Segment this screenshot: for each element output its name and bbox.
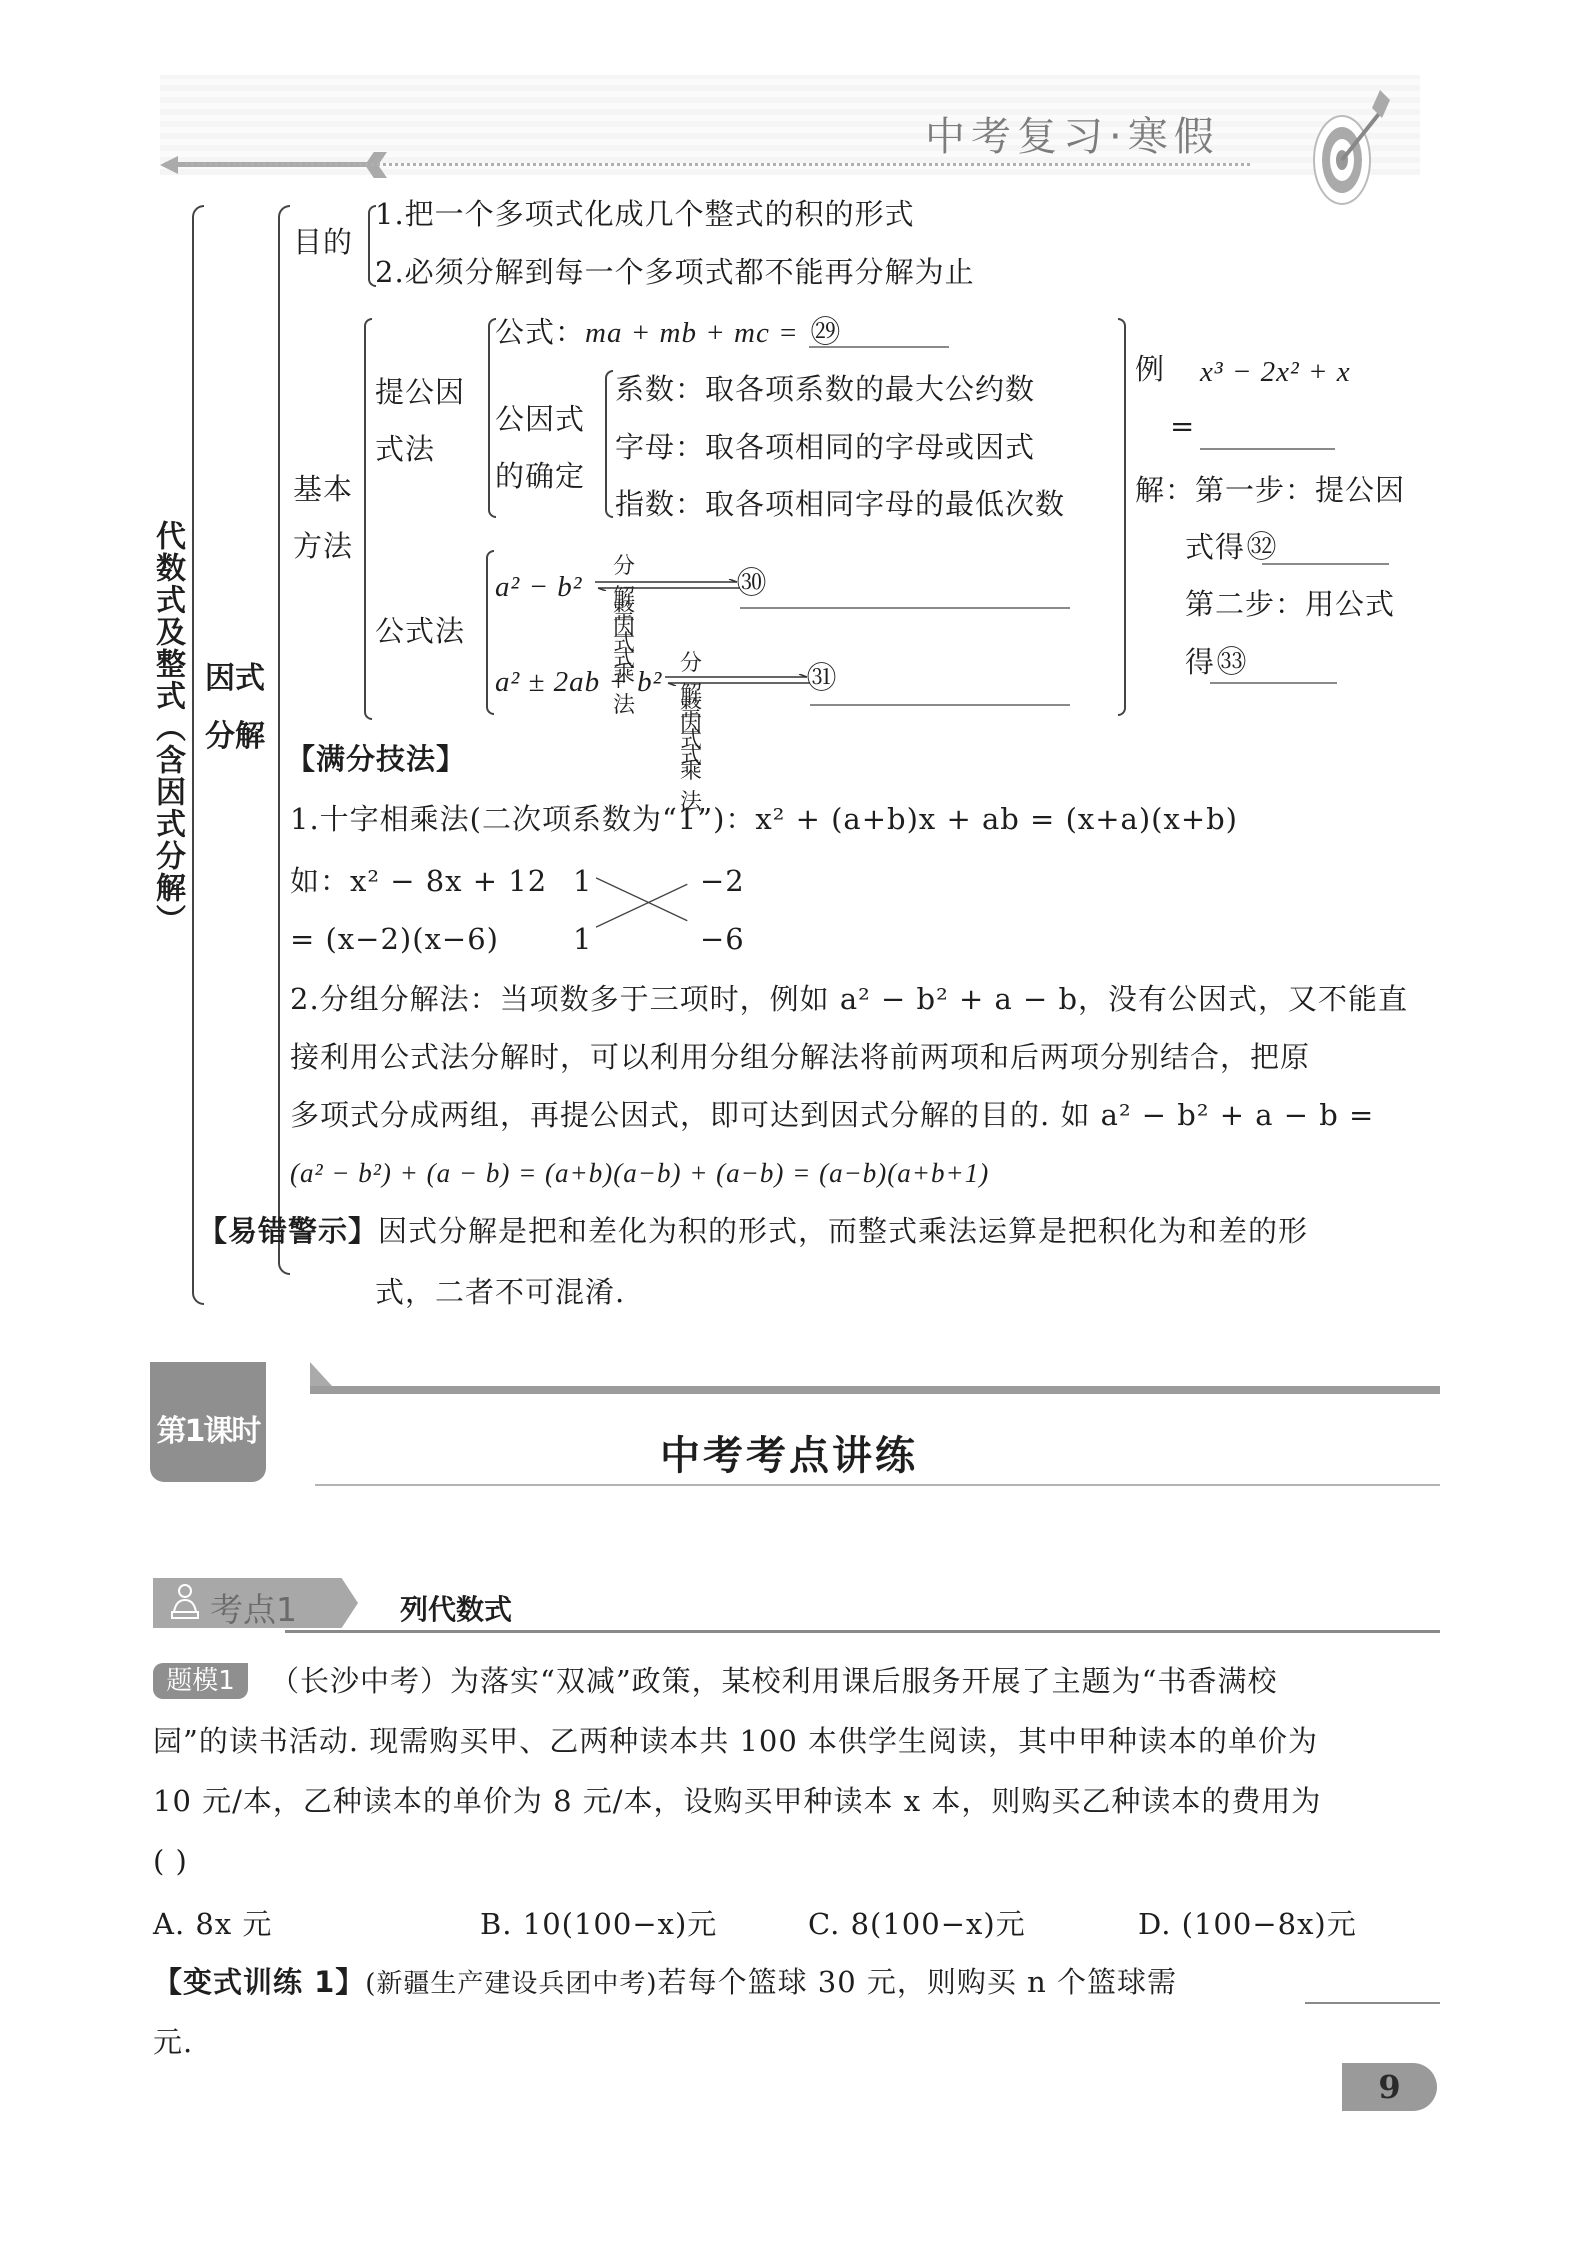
- formula-method-label: 公式法: [375, 617, 465, 646]
- variant-source: (新疆生产建设兵团中考): [365, 1969, 657, 1999]
- purpose-item-1: 1.把一个多项式化成几个整式的积的形式: [375, 200, 915, 229]
- cross-multiplication-lines: [596, 870, 701, 935]
- option-b[interactable]: B. 10(100−x)元: [480, 1910, 717, 1939]
- double-arrow-icon: [595, 579, 740, 591]
- purpose-label: 目的: [293, 228, 353, 257]
- step1-text-2: 式得: [1185, 530, 1245, 564]
- blank-number-33: ㉝: [1215, 648, 1247, 680]
- purpose-item-2: 2.必须分解到每一个多项式都不能再分解为止: [375, 258, 975, 287]
- question-line-1: （长沙中考）为落实“双减”政策，某校利用课后服务开展了主题为“书香满校: [270, 1667, 1277, 1696]
- warning-line-1: 【易错警示】因式分解是把和差化为积的形式，而整式乘法运算是把积化为和差的形: [198, 1217, 1308, 1246]
- answer-parentheses[interactable]: ( ): [153, 1847, 188, 1876]
- variant-line-1: 【变式训练 1】(新疆生产建设兵团中考)若每个篮球 30 元，则购买 n 个篮球…: [153, 1968, 1177, 1997]
- topic-label: 因式分解: [205, 650, 269, 766]
- header-title: 中考复习·寒假: [925, 105, 1220, 162]
- option-d[interactable]: D. (100−8x)元: [1138, 1910, 1357, 1939]
- answer-blank-30[interactable]: [740, 607, 1070, 609]
- basic-methods-brace: [364, 318, 372, 720]
- blank-number: ㉙: [809, 318, 841, 350]
- cross-right-top: −2: [700, 867, 745, 896]
- tip-1-example-2: = (x−2)(x−6): [290, 925, 499, 954]
- tip-1-example-1: 如：x² − 8x + 12: [290, 867, 547, 896]
- determine-brace: [605, 370, 613, 518]
- question-line-3: 10 元/本，乙种读本的单价为 8 元/本，设购买甲种读本 x 本，则购买乙种读…: [153, 1787, 1321, 1816]
- tip-2-line-4: (a² − b²) + (a − b) = (a+b)(a−b) + (a−b)…: [290, 1160, 989, 1187]
- example-expr: x³ − 2x² + x: [1200, 358, 1351, 387]
- blank-number-31: ㉛: [805, 664, 837, 696]
- answer-blank-32-line[interactable]: [1262, 563, 1389, 565]
- determine-label-1: 公因式: [495, 405, 585, 434]
- formula-left: a² − b²: [495, 573, 582, 602]
- header-dotted-rule: [185, 163, 1250, 166]
- answer-blank-29[interactable]: ㉙: [809, 318, 949, 348]
- option-a[interactable]: A. 8x 元: [153, 1910, 272, 1939]
- example-brace: [1118, 318, 1126, 716]
- cross-right-bottom: −6: [700, 925, 745, 954]
- formula-method-brace: [486, 550, 494, 715]
- header-arrow-tip-icon: [160, 156, 178, 174]
- question-line-2: 园”的读书活动. 现需购买甲、乙两种读本共 100 本供学生阅读，其中甲种读本的…: [153, 1727, 1318, 1756]
- solution-step2-line1: 第二步：用公式: [1185, 590, 1395, 619]
- answer-blank-31[interactable]: [810, 704, 1070, 706]
- cross-left-bottom: 1: [573, 925, 592, 954]
- variant-text: 若每个篮球 30 元，则购买 n 个篮球需: [658, 1965, 1177, 1999]
- rule-exponent: 指数：取各项相同字母的最低次数: [615, 490, 1065, 519]
- exam-point-label: 考点1: [210, 1584, 297, 1631]
- formula-expr: ma + mb + mc =: [585, 317, 799, 349]
- basic-methods-label-2: 方法: [293, 532, 353, 561]
- warning-heading: 【易错警示】: [198, 1214, 378, 1248]
- solution-label: 解：: [1135, 473, 1195, 507]
- option-c[interactable]: C. 8(100−x)元: [808, 1910, 1026, 1939]
- tips-heading: 【满分技法】: [286, 745, 466, 774]
- common-factor-label-2: 式法: [375, 435, 435, 464]
- variant-answer-blank[interactable]: [1305, 2002, 1440, 2004]
- root-title: 代数式及整式（含因式分解）: [152, 520, 186, 936]
- lesson-bar-tip: [310, 1362, 332, 1386]
- solution-step1-line1: 解：第一步：提公因: [1135, 476, 1405, 505]
- determine-label-2: 的确定: [495, 462, 585, 491]
- example-eq: =: [1170, 412, 1195, 441]
- warning-line-2: 式，二者不可混淆.: [375, 1278, 625, 1307]
- tip-2-line-2: 接利用公式法分解时，可以利用分组分解法将前两项和后两项分别结合，把原: [290, 1043, 1310, 1072]
- rule-coefficient: 系数：取各项系数的最大公约数: [615, 375, 1035, 404]
- question-tag: 题模1: [153, 1663, 248, 1699]
- common-factor-label-1: 提公因: [375, 378, 465, 407]
- lesson-rule: [315, 1484, 1440, 1486]
- student-reading-icon: [170, 1582, 200, 1622]
- exam-point-rule: [285, 1630, 1440, 1633]
- step2-text-2: 得: [1185, 645, 1215, 679]
- root-brace: [192, 205, 204, 1305]
- warning-text: 因式分解是把和差化为积的形式，而整式乘法运算是把积化为和差的形: [378, 1214, 1308, 1248]
- target-arrow-icon: [1300, 90, 1392, 210]
- lesson-title: 中考考点讲练: [660, 1424, 918, 1481]
- variant-heading: 【变式训练 1】: [153, 1965, 365, 1999]
- basic-methods-label-1: 基本: [293, 475, 353, 504]
- lesson-tab: 第1课时: [150, 1362, 266, 1482]
- exam-point-name: 列代数式: [400, 1588, 512, 1628]
- step1-text: 第一步：提公因: [1195, 473, 1405, 507]
- tip-2-line-1: 2.分组分解法：当项数多于三项时，例如 a² − b² + a − b，没有公因…: [290, 985, 1408, 1014]
- topic-brace: [278, 205, 290, 1275]
- header-band: [160, 75, 1420, 175]
- lesson-bar: [310, 1386, 1440, 1394]
- formula-prefix: 公式：: [495, 315, 585, 349]
- answer-blank-33[interactable]: [1210, 682, 1337, 684]
- example-label: 例: [1135, 355, 1165, 384]
- variant-tail: 元.: [153, 2028, 193, 2057]
- solution-step2-line2: 得㉝: [1185, 648, 1247, 680]
- blank-number-30: ㉚: [735, 569, 767, 601]
- arrow-bottom-label: 整式乘法: [613, 595, 635, 719]
- example-answer-blank[interactable]: [1200, 448, 1335, 450]
- arrow-bottom-label: 整式乘法: [680, 692, 702, 816]
- tip-2-line-3: 多项式分成两组，再提公因式，即可达到因式分解的目的. 如 a² − b² + a…: [290, 1101, 1374, 1130]
- common-factor-formula: 公式：ma + mb + mc = ㉙: [495, 318, 949, 348]
- double-arrow-icon: [665, 674, 810, 686]
- rule-letters: 字母：取各项相同的字母或因式: [615, 433, 1035, 462]
- solution-step1-line2: 式得㉜: [1185, 533, 1277, 565]
- cross-left-top: 1: [573, 867, 592, 896]
- blank-number-32: ㉜: [1245, 533, 1277, 565]
- page-number: 9: [1342, 2063, 1437, 2111]
- formula-left: a² ± 2ab + b²: [495, 668, 662, 697]
- tip-1: 1.十字相乘法(二次项系数为“1”)：x² + (a+b)x + ab = (x…: [290, 805, 1238, 834]
